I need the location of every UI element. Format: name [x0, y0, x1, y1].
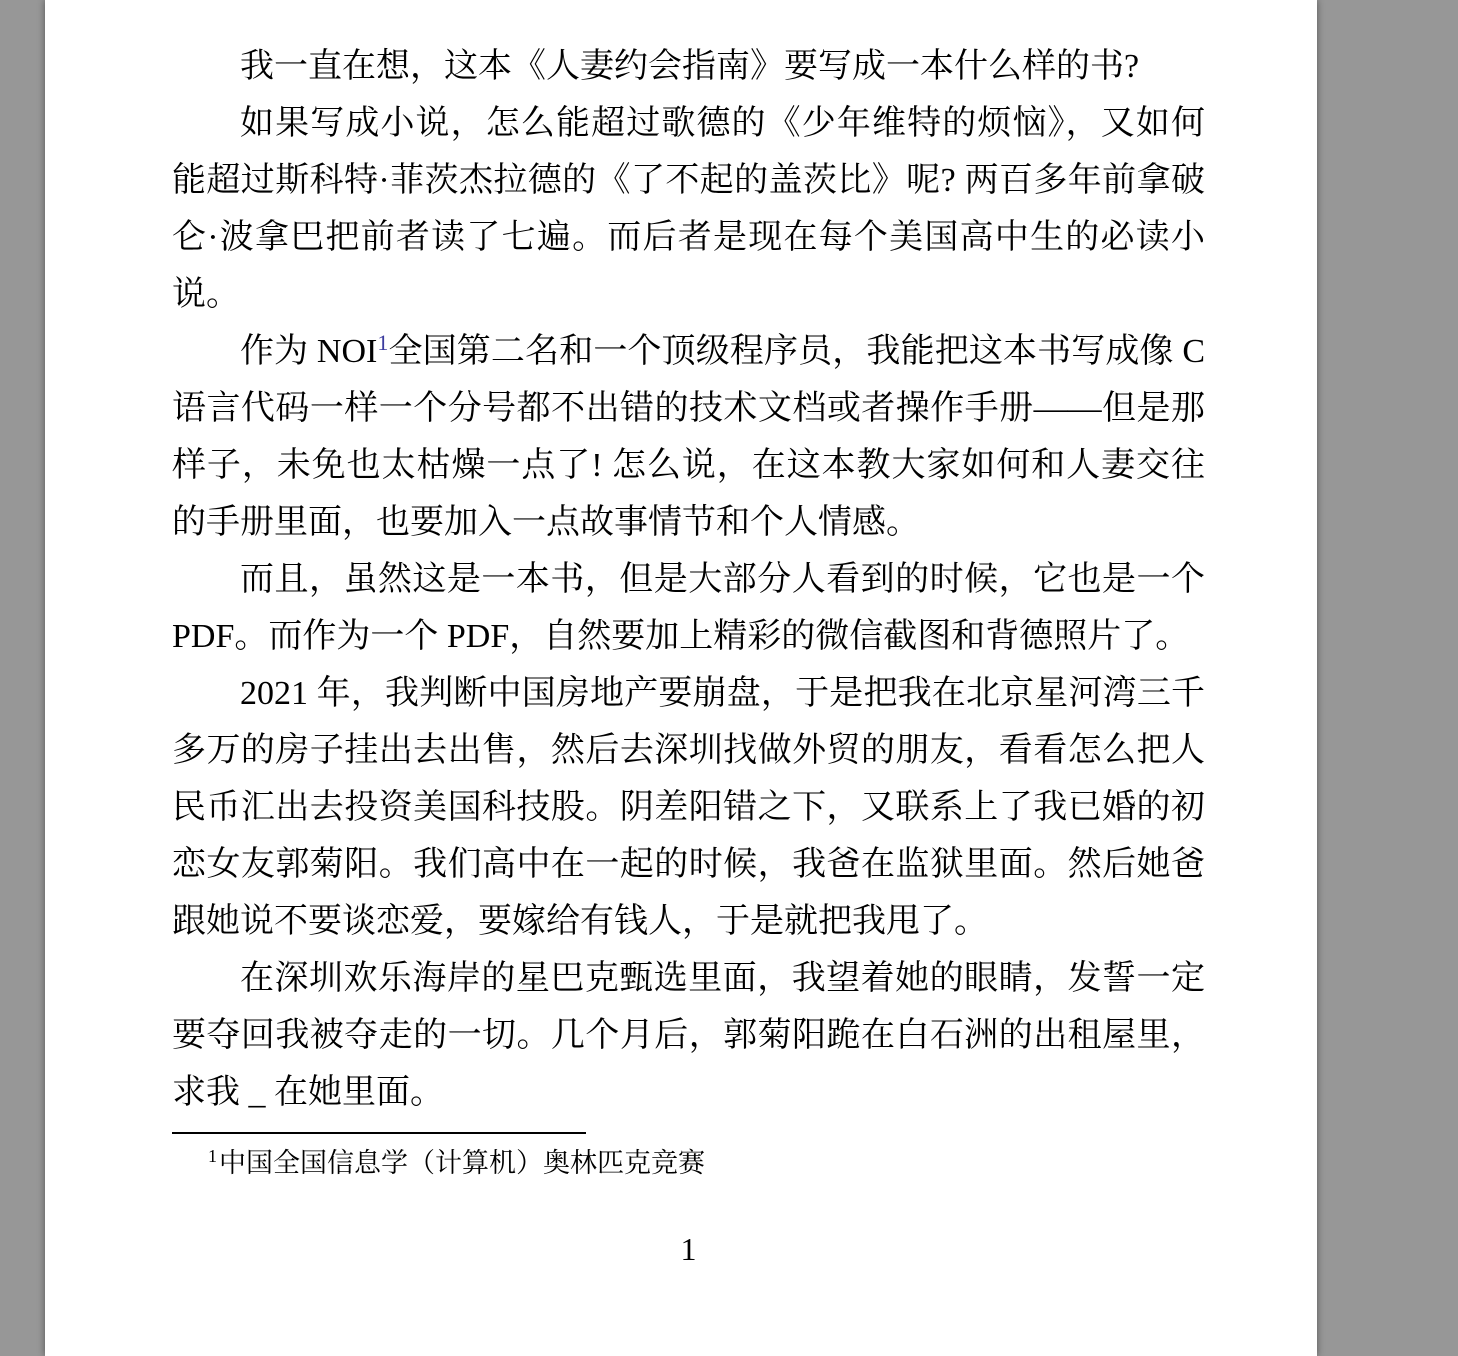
page-content: 我一直在想，这本《人妻约会指南》要写成一本什么样的书? 如果写成小说，怎么能超过…	[172, 38, 1205, 1269]
body-paragraph-5: 2021 年，我判断中国房地产要崩盘，于是把我在北京星河湾三千多万的房子挂出去出…	[172, 665, 1205, 950]
footnote-marker: 1	[208, 1146, 217, 1166]
body-paragraph-2: 如果写成小说，怎么能超过歌德的《少年维特的烦恼》，又如何能超过斯科特·菲茨杰拉德…	[172, 95, 1205, 323]
body-paragraph-6: 在深圳欢乐海岸的星巴克甄选里面，我望着她的眼睛，发誓一定要夺回我被夺走的一切。几…	[172, 950, 1205, 1121]
footnote: 1中国全国信息学（计算机）奥林匹克竞赛	[172, 1143, 1205, 1183]
body-paragraph-3: 作为 NOI1全国第二名和一个顶级程序员，我能把这本书写成像 C 语言代码一样一…	[172, 323, 1205, 551]
pdf-viewer-background: 我一直在想，这本《人妻约会指南》要写成一本什么样的书? 如果写成小说，怎么能超过…	[0, 0, 1458, 1356]
footnote-ref-link[interactable]: 1	[377, 330, 388, 355]
page-number: 1	[172, 1229, 1205, 1269]
pdf-page: 我一直在想，这本《人妻约会指南》要写成一本什么样的书? 如果写成小说，怎么能超过…	[45, 0, 1317, 1356]
footnote-rule	[172, 1132, 586, 1134]
body-paragraph-1: 我一直在想，这本《人妻约会指南》要写成一本什么样的书?	[172, 38, 1205, 95]
body-paragraph-4: 而且，虽然这是一本书，但是大部分人看到的时候，它也是一个 PDF。而作为一个 P…	[172, 551, 1205, 665]
paragraph-3-text-before-ref: 作为 NOI	[240, 333, 377, 370]
footnote-text: 中国全国信息学（计算机）奥林匹克竞赛	[219, 1148, 705, 1178]
